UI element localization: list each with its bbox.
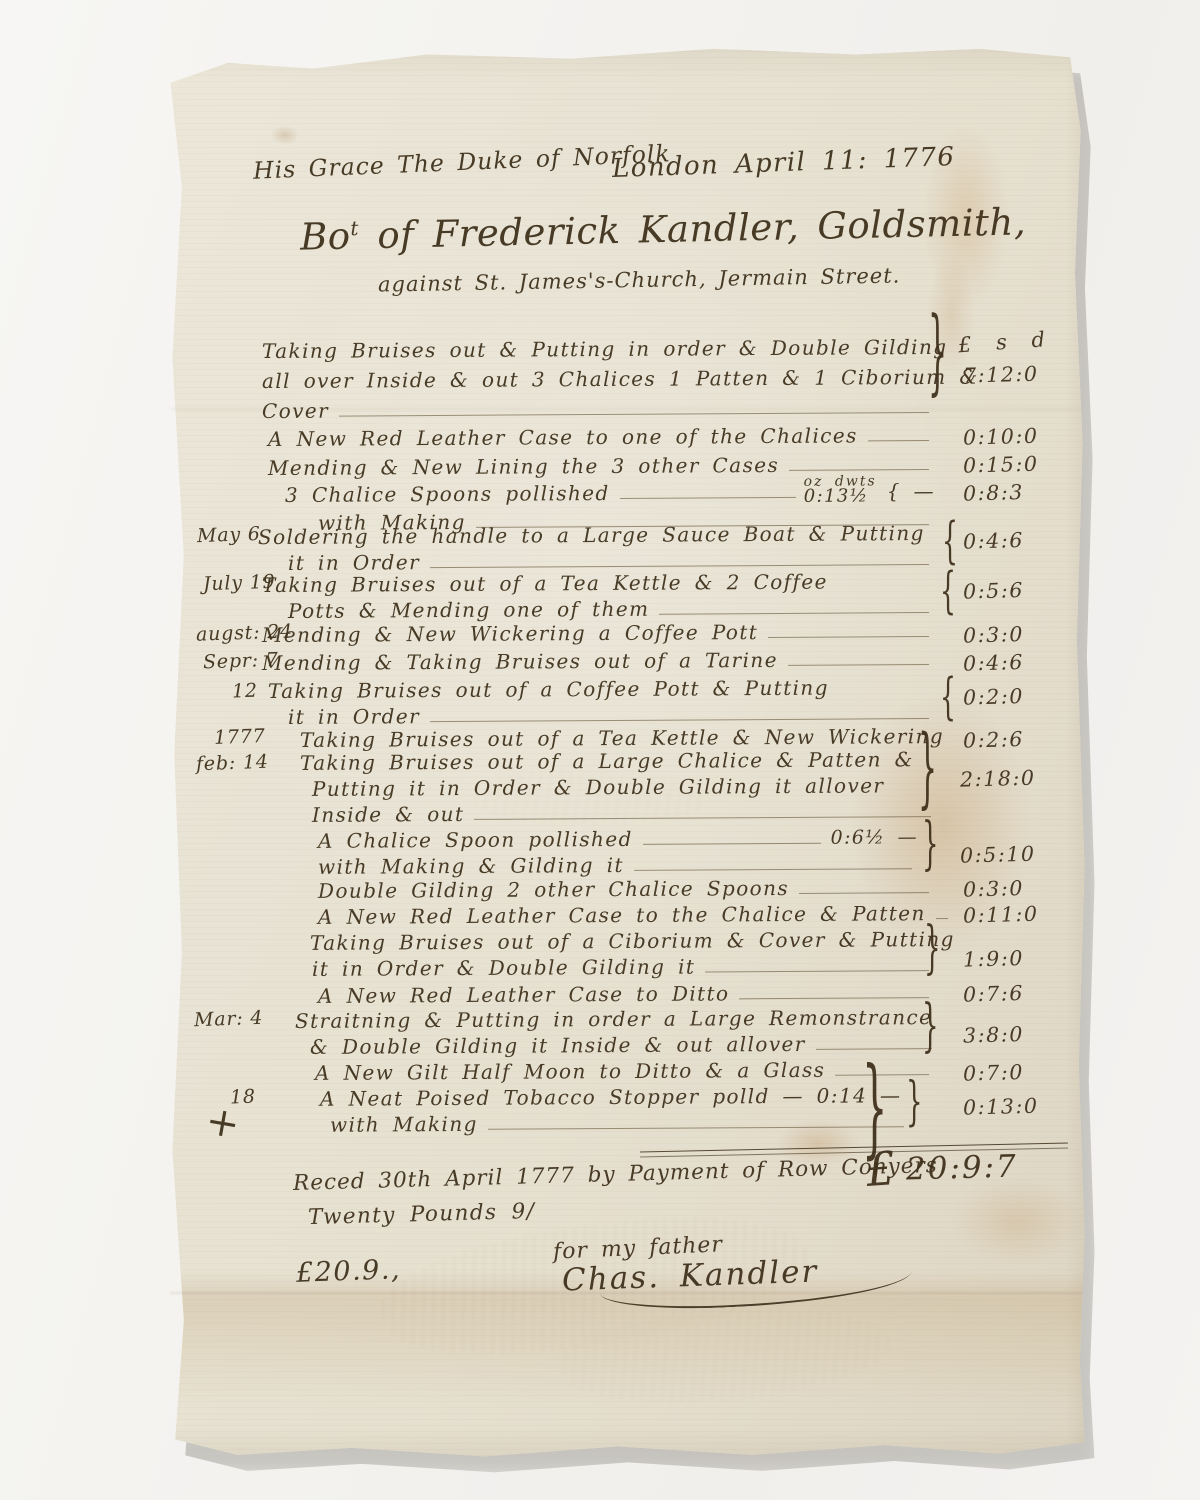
- entry-amount: 0:3:0: [963, 874, 1084, 901]
- entry-text: Inside & out: [312, 803, 464, 827]
- entry-line: Soldering the handle to a Large Sauce Bo…: [258, 522, 937, 549]
- weight-value: 0:13½: [804, 488, 869, 504]
- entry-line: A New Red Leather Case to Ditto: [318, 981, 935, 1008]
- entry-line: A Chalice Spoon pollished 0:6½ —: [318, 826, 918, 853]
- entry-amount: 0:15:0: [963, 450, 1084, 477]
- entry-text: with Making & Gilding it: [318, 854, 624, 879]
- entry-text: Taking Bruises out of a Ciborium & Cover…: [310, 928, 955, 955]
- entry-amount: 0:7:6: [963, 979, 1084, 1006]
- entry-amount: 0:3:0: [963, 620, 1084, 647]
- entry-text: A New Red Leather Case to the Chalice & …: [318, 902, 926, 929]
- entry-text: Cover: [262, 400, 329, 423]
- entry-text: it in Order & Double Gilding it: [312, 956, 695, 981]
- rule-line: [634, 868, 912, 871]
- rule-line: [430, 564, 929, 568]
- entry-amount: 0:4:6: [963, 648, 1084, 675]
- entry-line: & Double Gilding it Inside & out allover: [310, 1032, 938, 1059]
- rule-line: [339, 412, 929, 417]
- entry-amount: 7:12:0: [963, 360, 1084, 387]
- entry-amount: 0:8:3: [963, 478, 1084, 505]
- entry-line: Cover: [262, 396, 935, 423]
- rule-line: [643, 843, 821, 845]
- entry-brace: }: [928, 299, 947, 408]
- entry-text: A New Gilt Half Moon to Ditto & a Glass: [315, 1059, 825, 1085]
- entry-line: Potts & Mending one of them: [288, 596, 935, 623]
- entry-brace: }: [922, 994, 939, 1060]
- rule-line: [789, 469, 929, 471]
- entry-line: it in Order & Double Gilding it: [312, 954, 935, 981]
- rule-line: [430, 718, 929, 722]
- entry-text: A New Red Leather Case to one of the Cha…: [268, 424, 858, 451]
- entry-line: Putting it in Order & Double Gilding it …: [312, 774, 940, 801]
- entry-brace: }: [906, 1073, 923, 1133]
- entry-line: Straitning & Putting in order a Large Re…: [295, 1006, 940, 1033]
- entry-text: Taking Bruises out of a Coffee Pott & Pu…: [268, 677, 829, 703]
- entry-text: 3 Chalice Spoons pollished: [285, 482, 610, 507]
- entry-amount: 1:9:0: [963, 944, 1084, 971]
- entry-line: A New Gilt Half Moon to Ditto & a Glass: [315, 1058, 935, 1085]
- entry-text: Double Gilding 2 other Chalice Spoons: [318, 877, 789, 903]
- entry-text: Soldering the handle to a Large Sauce Bo…: [258, 522, 925, 549]
- entry-amount: 0:5:10: [960, 840, 1081, 867]
- entry-text: Potts & Mending one of them: [288, 598, 650, 623]
- entry-text: & Double Gilding it Inside & out allover: [310, 1033, 806, 1059]
- entry-line: Taking Bruises out of a Tea Kettle & 2 C…: [262, 570, 937, 597]
- entry-line: with Making & Gilding it: [318, 852, 918, 879]
- entry-line: all over Inside & out 3 Chalices 1 Patte…: [262, 366, 937, 393]
- rule-line: [620, 497, 796, 499]
- entry-amount: 0:2:0: [963, 682, 1084, 709]
- entry-text: Straitning & Putting in order a Large Re…: [295, 1006, 932, 1033]
- entry-line: Double Gilding 2 other Chalice Spoons: [318, 876, 935, 903]
- rule-line: [868, 440, 929, 441]
- entry-brace: {: [940, 668, 956, 726]
- weight-annotation: oz dwts 0:13½: [804, 476, 877, 504]
- entry-line: Mending & Taking Bruises out of a Tarine: [262, 648, 935, 675]
- entry-amount: 0:4:6: [963, 526, 1084, 553]
- entry-amount: 0:2:6: [963, 725, 1084, 752]
- entry-text: it in Order: [288, 705, 420, 729]
- entry-text: A Neat Poised Tobacco Stopper polld — 0:…: [320, 1084, 901, 1111]
- entry-text: Putting it in Order & Double Gilding it …: [312, 774, 884, 800]
- entry-line: Taking Bruises out & Putting in order & …: [262, 336, 937, 363]
- entry-line: Taking Bruises out of a Coffee Pott & Pu…: [268, 676, 937, 703]
- rule-line: [739, 997, 929, 999]
- entry-text: Mending & New Lining the 3 other Cases: [268, 454, 779, 480]
- brace-joiner: { —: [887, 480, 935, 503]
- entry-text: A New Red Leather Case to Ditto: [318, 982, 730, 1008]
- entry-line: Mending & New Wickering a Coffee Pott: [262, 620, 935, 647]
- entry-brace: }: [918, 719, 937, 821]
- entry-date: May 6: [197, 523, 261, 547]
- entry-line: A New Red Leather Case to one of the Cha…: [268, 424, 935, 451]
- entry-line: 3 Chalice Spoons pollished oz dwts 0:13½…: [285, 476, 935, 507]
- entry-text: Mending & New Wickering a Coffee Pott: [262, 621, 758, 647]
- entry-text: all over Inside & out 3 Chalices 1 Patte…: [262, 366, 979, 393]
- photograph-of-manuscript-bill: His Grace The Duke of Norfolk London Apr…: [0, 0, 1200, 1500]
- entry-line: A New Red Leather Case to the Chalice & …: [318, 902, 935, 929]
- entry-text: Taking Bruises out of a Tea Kettle & 2 C…: [262, 571, 828, 597]
- entry-amount: 0:10:0: [963, 422, 1084, 449]
- entry-line: Taking Bruises out of a Large Chalice & …: [300, 748, 940, 775]
- rule-line: [705, 970, 929, 972]
- entry-amount: 0:11:0: [963, 900, 1084, 927]
- entry-amount: 0:13:0: [963, 1092, 1084, 1119]
- entry-date: 12: [232, 680, 259, 703]
- entry-amount: 2:18:0: [960, 764, 1081, 791]
- title-bo: Bo: [300, 215, 351, 259]
- rule-line: [659, 612, 929, 615]
- inline-charge: 0:6½ —: [830, 827, 918, 849]
- entry-amount: 0:5:6: [963, 576, 1084, 603]
- entry-line: A Neat Poised Tobacco Stopper polld — 0:…: [320, 1084, 910, 1111]
- entry-date: Mar: 4: [194, 1007, 264, 1031]
- entry-amount: 3:8:0: [963, 1020, 1084, 1047]
- entry-text: A Chalice Spoon pollished: [318, 828, 633, 853]
- entry-amount: 0:7:0: [963, 1058, 1084, 1085]
- noted-amount: £20.9.,: [295, 1254, 401, 1289]
- entry-line: Taking Bruises out of a Ciborium & Cover…: [310, 928, 940, 955]
- entry-date: feb: 14: [196, 751, 269, 776]
- rule-line: [474, 816, 931, 820]
- entry-brace: {: [940, 562, 956, 620]
- entry-text: Taking Bruises out of a Large Chalice & …: [300, 748, 914, 775]
- entry-brace: }: [922, 812, 939, 878]
- rule-line: [488, 1126, 904, 1130]
- entry-text: with Making: [330, 1113, 478, 1137]
- rule-line: [799, 892, 929, 894]
- entry-line: Inside & out: [312, 800, 937, 827]
- entry-text: Taking Bruises out & Putting in order & …: [262, 336, 948, 363]
- entry-line: with Making: [330, 1110, 910, 1137]
- entry-brace: }: [924, 916, 941, 982]
- entry-text: Mending & Taking Bruises out of a Tarine: [262, 649, 778, 675]
- rule-line: [768, 636, 929, 638]
- entry-date: 1777: [214, 725, 266, 749]
- rule-line: [788, 664, 929, 666]
